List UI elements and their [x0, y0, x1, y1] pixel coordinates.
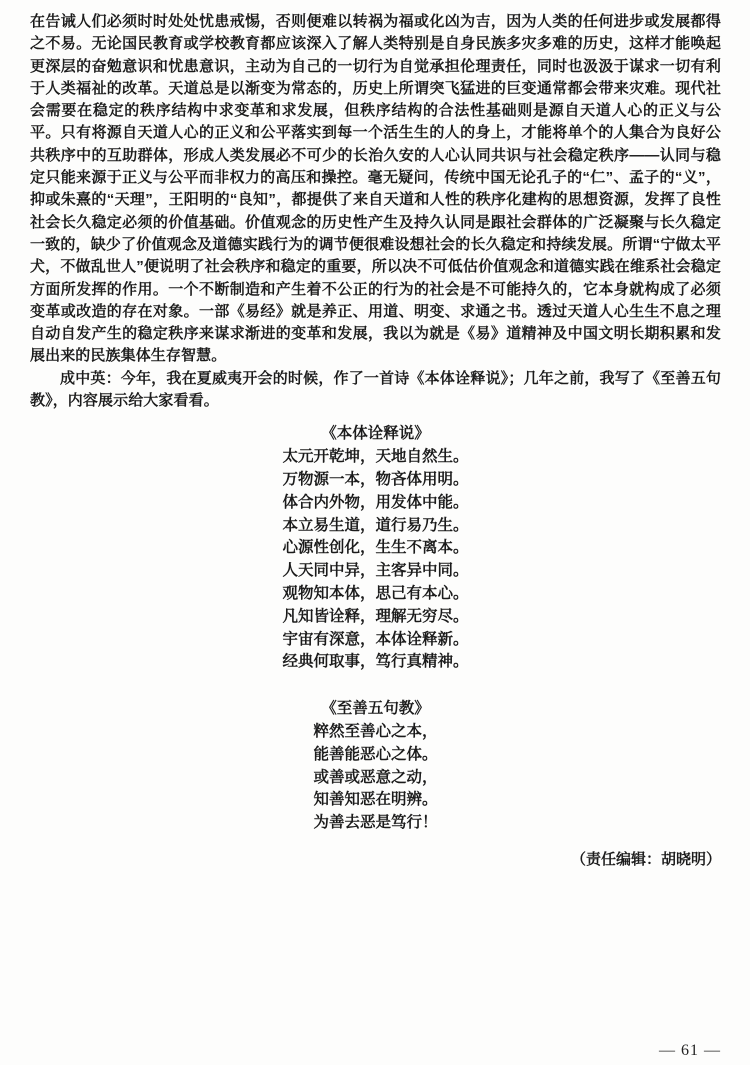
poem-line: 能善能恶心之体。	[30, 744, 721, 767]
editor-credit: （责任编辑：胡晓明）	[30, 848, 721, 869]
poem-line: 凡知皆诠释，理解无穷尽。	[30, 606, 721, 629]
poem-line: 人天同中异，主客异中同。	[30, 560, 721, 583]
body-paragraph-continuation: 在告诫人们必须时时处处忧患戒惕，否则便难以转祸为福或化凶为吉，因为人类的任何进步…	[30, 11, 721, 368]
poem-lines: 太元开乾坤，天地自然生。万物源一本，物吝体用明。体合内外物，用发体中能。本立易生…	[30, 446, 721, 674]
poem-line: 本立易生道，道行易乃生。	[30, 515, 721, 538]
poem-lines: 粹然至善心之本，能善能恶心之体。或善或恶意之动，知善知恶在明辨。为善去恶是笃行！	[30, 721, 721, 835]
poem-title: 《本体诠释说》	[30, 423, 721, 446]
poem-line: 经典何取事，笃行真精神。	[30, 651, 721, 674]
poem-line: 体合内外物，用发体中能。	[30, 492, 721, 515]
poem-line: 心源性创化，生生不离本。	[30, 537, 721, 560]
poem-line: 或善或恶意之动，	[30, 767, 721, 790]
speaker-paragraph: 成中英：今年，我在夏威夷开会的时候，作了一首诗《本体诠释说》；几年之前，我写了《…	[30, 368, 721, 413]
poem-line: 观物知本体，思己有本心。	[30, 583, 721, 606]
journal-page: 在告诫人们必须时时处处忧患戒惕，否则便难以转祸为福或化凶为吉，因为人类的任何进步…	[0, 0, 750, 1065]
poem-line: 宇宙有深意，本体诠释新。	[30, 629, 721, 652]
speaker-name: 成中英	[60, 370, 106, 387]
poem-zhishanwujujiao: 《至善五句教》 粹然至善心之本，能善能恶心之体。或善或恶意之动，知善知恶在明辨。…	[30, 698, 721, 835]
speaker-paragraph-text: ：今年，我在夏威夷开会的时候，作了一首诗《本体诠释说》；几年之前，我写了《至善五…	[30, 370, 721, 409]
poem-line: 太元开乾坤，天地自然生。	[30, 446, 721, 469]
poem-line: 粹然至善心之本，	[30, 721, 721, 744]
page-number: — 61 —	[659, 1042, 721, 1060]
poem-line: 万物源一本，物吝体用明。	[30, 469, 721, 492]
poem-line: 知善知恶在明辨。	[30, 789, 721, 812]
poem-title: 《至善五句教》	[30, 698, 721, 721]
poem-bentiquanshishuo: 《本体诠释说》 太元开乾坤，天地自然生。万物源一本，物吝体用明。体合内外物，用发…	[30, 423, 721, 674]
poem-line: 为善去恶是笃行！	[30, 812, 721, 835]
